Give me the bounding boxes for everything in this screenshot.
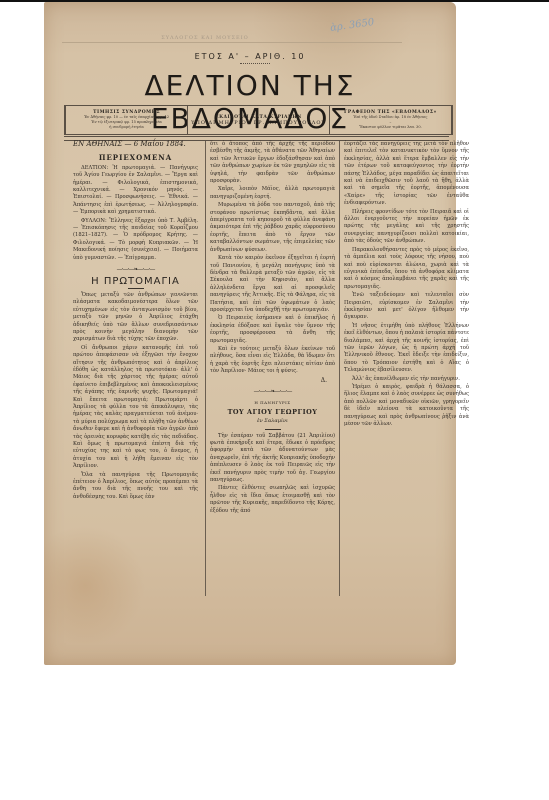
dateline: ΕΝ ΑΘΗΝΑΙΣ — 6 Μαΐου 1884. [73, 141, 198, 148]
issue-underline [240, 63, 270, 64]
subscription-line: ἡ συνδρομὴ ἐτησία [109, 125, 144, 130]
contents-paragraph: ΔΕΛΤΙΟΝ: Ἡ πρωτομαγιά. — Πανήγυρις τοῦ Ἁ… [73, 165, 198, 217]
article-paragraph: Καὶ ἐν τούτοις μεταξὺ ὅλων ἐκείνων τοῦ π… [210, 346, 335, 376]
ghost-rule [62, 42, 402, 43]
column-1: ΕΝ ΑΘΗΝΑΙΣ — 6 Μαΐου 1884. ΠΕΡΙΕΧΟΜΕΝΑ Δ… [73, 141, 198, 502]
heading-rule [128, 288, 144, 289]
article-paragraph: Οἱ ἄνθρωποι χάριν κατανομῆς ἐπὶ τοῦ πρώτ… [73, 345, 198, 471]
article-paragraph: Τὴν ἑσπέραν τοῦ Σαββάτου (21 Ἀπριλίου) φ… [210, 433, 335, 485]
column-2: ὅτι ὁ ἄτοπος ἀπὸ τῆς ἀρχῆς τῆς περιόδου … [210, 141, 335, 516]
article-paragraph: Μυρωμένα τὰ ῥόδα του πανταχοῦ, ἀπὸ τῆς σ… [210, 202, 335, 254]
heading-rule [265, 429, 281, 430]
masthead-info-box: ΤΙΜΗΣΙΣ ΣΥΝΔΡΟΜΗΣ Ἐν Ἀθήναις φρ. 10 — ἐν… [64, 105, 453, 135]
ghost-header-text: ΣΥΛΛΟΓΟΣ ΚΑΙ ΜΟΥΣΕΙΟ [125, 35, 285, 41]
article-heading: ΤΟΥ ΑΓΙΟΥ ΓΕΩΡΓΙΟΥ [210, 409, 335, 416]
article-paragraph: Πάντες ἐλθόντες σιωπηλῶς καὶ ἰσχυρῶς ἦλθ… [210, 485, 335, 515]
article-paragraph: Ἐνῶ ταξειδεύομεν καὶ τελευταῖοι σὺν Πειρ… [344, 292, 469, 322]
article-subheading: ἐν Σαλαμῖνι [210, 418, 335, 425]
ornament-divider: —·—·—❧—·—·— [73, 266, 198, 273]
office-info: ΓΡΑΦΕΙΟΝ ΤΗΣ «ΕΒΔΟΜΑΔΟΣ» Ἐπὶ τῆς ὁδοῦ Στ… [330, 106, 451, 134]
article-kicker: Η ΠΑΝΗΓΥΡΙΣ [210, 399, 335, 406]
article-heading: Η ΠΡΩΤΟΜΑΓΙΑ [73, 278, 198, 285]
column-3: ἑορτάζει τὰς πανηγύρεις της μετὰ τὸν πλῆ… [344, 141, 469, 429]
subscription-info: ΤΙΜΗΣΙΣ ΣΥΝΔΡΟΜΗΣ Ἐν Ἀθήναις φρ. 10 — ἐν… [66, 106, 188, 134]
office-line: Ἕκαστον φύλλον τιμᾶται λεπ. 30. [359, 125, 422, 130]
article-paragraph: Ὁ Πειραιεὺς ἐσήμανεν καὶ ὁ ἐπικῆλος ἡ ἐκ… [210, 315, 335, 345]
contents-heading: ΠΕΡΙΕΧΟΜΕΝΑ [73, 154, 198, 161]
ornament-divider: —·—·—❧—·—·— [210, 388, 335, 395]
publisher-name: ΥΠΟ ΔΗΜΗΤΡΙΟΥ ΓΡ. ΚΑΜΠΟΥΡΟΓΛΟΥ [191, 120, 326, 126]
article-paragraph: Ἀλλ' ἂς ἐπανέλθωμεν εἰς τὴν πανήγυριν. [344, 376, 469, 383]
article-paragraph: ὅτι ὁ ἄτοπος ἀπὸ τῆς ἀρχῆς τῆς περιόδου … [210, 141, 335, 185]
publisher-info: ΕΚΔΙΔΟΤΑΙ ΚΑΤΑ ΚΥΡΙΑΚΗΝ ΥΠΟ ΔΗΜΗΤΡΙΟΥ ΓΡ… [188, 106, 330, 134]
article-paragraph: ἑορτάζει τὰς πανηγύρεις της μετὰ τὸν πλῆ… [344, 141, 469, 208]
article-paragraph: Χαῖρε, λοιπὸν Μάϊος, ἀλλὰ πρωτομαγιὰ παν… [210, 186, 335, 201]
issue-line: ΕΤΟΣ Α' – ΑΡΙΘ. 10 [44, 52, 456, 61]
article-signature: Δ. [210, 377, 335, 384]
article-paragraph: Ἠρέμει ὁ καιρὸς, φαιδρὰ ἡ θάλασσα, ὁ ἥλι… [344, 384, 469, 428]
article-paragraph: Πλήρεις φροντίδων τότε τὸν Πειραιᾶ καὶ ο… [344, 209, 469, 246]
article-paragraph: Παρακολουθήσαντες πρὸς τὸ μέρος ἐκεῖνο, … [344, 247, 469, 291]
column-divider [339, 141, 340, 596]
article-paragraph: Κατὰ τὸν καιρὸν ἐκεῖνον ἐξηγεῖται ἡ ἑορτ… [210, 255, 335, 314]
article-paragraph: Ἡ νῆσος ἐτιμήθη ὑπὸ πλήθους Ἑλλήνων ἐκεῖ… [344, 323, 469, 375]
column-divider [205, 141, 206, 596]
article-paragraph: Ὅλα τὰ πανηγύρια τῆς Πρωτομαγιᾶς ἐπέτειο… [73, 472, 198, 502]
article-paragraph: Ὅπως μεταξὺ τῶν ἀνθρώπων γεννῶνται πλάσμ… [73, 292, 198, 344]
contents-paragraph: ΦΥΛΛΟΝ: Ἕλληνες ἔξαρχοι ὑπὸ Τ. Ἀμβέλη. —… [73, 218, 198, 262]
